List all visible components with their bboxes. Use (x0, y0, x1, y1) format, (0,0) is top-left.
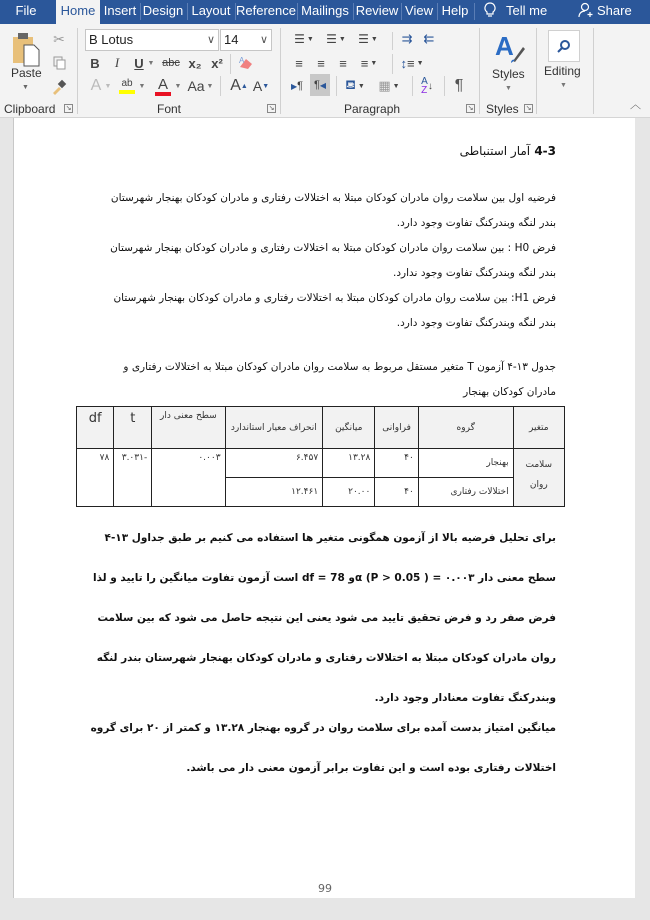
share-label: Share (597, 3, 632, 18)
header-group: گروه (418, 407, 513, 449)
share-button[interactable]: Share (578, 0, 632, 24)
underline-dropdown-icon[interactable]: ▼ (146, 54, 156, 72)
decrease-indent-icon[interactable]: ⇇ (420, 30, 438, 48)
tab-mailings[interactable]: Mailings (298, 0, 352, 24)
grow-font-glyph: A (230, 77, 241, 95)
justify-icon: ≡ (361, 56, 369, 71)
align-center-icon[interactable]: ≡ (312, 54, 330, 72)
mean-cell: ۲۰.۰۰ (323, 478, 375, 507)
grow-font-button[interactable]: A▲ (230, 76, 248, 96)
chevron-down-icon: ∨ (260, 30, 268, 50)
editing-dropdown-icon[interactable]: ▼ (560, 82, 567, 89)
subscript-button[interactable]: x₂ (186, 54, 204, 72)
header-frequency: فراوانی (375, 407, 418, 449)
shading-button[interactable]: ⛾▼ (340, 76, 370, 96)
styles-dropdown-icon[interactable]: ▼ (505, 85, 512, 92)
line-spacing-button[interactable]: ↕≡▼ (398, 54, 426, 72)
analysis-paragraph: برای تحلیل فرضیه بالا از آزمون همگونی مت… (80, 518, 556, 718)
table-row: سلامت روان بهنجار ۴۰ ۱۳.۲۸ ۶.۴۵۷ ۰.۰۰۳ -… (77, 449, 565, 478)
bullets-icon: ☰ (294, 32, 305, 46)
multilevel-list-icon: ☰ (358, 32, 369, 46)
tell-me-search[interactable]: Tell me (484, 0, 547, 24)
show-formatting-marks-icon[interactable]: ¶ (450, 76, 468, 96)
t-cell: -۳.۰۳۱ (114, 449, 152, 507)
tab-help[interactable]: Help (438, 0, 472, 24)
document-page[interactable]: 4-3 آمار استنباطی فرضیه اول بین سلامت رو… (13, 118, 635, 898)
bullets-button[interactable]: ☰▼ (290, 30, 318, 48)
numbering-icon: ☰ (326, 32, 337, 46)
paste-label: Paste (11, 66, 42, 80)
italic-button[interactable]: I (110, 54, 124, 72)
justify-button[interactable]: ≡▼ (356, 54, 382, 72)
section-number: 4-3 (534, 144, 556, 158)
numbering-button[interactable]: ☰▼ (322, 30, 350, 48)
header-df: df (77, 407, 114, 449)
borders-icon: ▦ (378, 78, 390, 94)
tab-layout[interactable]: Layout (188, 0, 234, 24)
find-magnifier-icon[interactable] (548, 30, 580, 62)
rtl-direction-icon[interactable]: ¶◀ (310, 74, 330, 96)
tab-home[interactable]: Home (56, 0, 100, 24)
clipboard-paste-icon (11, 31, 41, 67)
conclusion-paragraph: میانگین امتیاز بدست آمده برای سلامت روان… (80, 708, 556, 788)
editing-button-label[interactable]: Editing (544, 64, 581, 78)
table-caption: جدول ۱۳-۴ آزمون T متغیر مستقل مربوط به س… (94, 355, 556, 405)
group-cell: بهنجار (418, 449, 513, 478)
superscript-button[interactable]: x² (208, 54, 226, 72)
h0-paragraph: فرض H0 : بین سلامت روان مادران کودکان مب… (94, 236, 556, 286)
mean-cell: ۱۳.۲۸ (323, 449, 375, 478)
tab-file[interactable]: File (6, 0, 46, 24)
text-effects-dropdown-icon[interactable]: ▼ (104, 78, 112, 94)
change-case-dropdown-icon[interactable]: ▼ (206, 78, 214, 94)
section-heading: 4-3 آمار استنباطی (74, 144, 556, 158)
variable-cell: سلامت روان (513, 449, 564, 507)
page-number: 99 (14, 882, 636, 895)
ribbon-tab-bar: File Home Insert Design Layout Reference… (0, 0, 650, 24)
highlight-dropdown-icon[interactable]: ▼ (138, 78, 146, 94)
svg-text:A: A (239, 56, 245, 65)
group-cell: اختلالات رفتاری (418, 478, 513, 507)
frequency-cell: ۴۰ (375, 478, 418, 507)
df-cell: ۷۸ (77, 449, 114, 507)
align-left-icon[interactable]: ≡ (290, 54, 308, 72)
text-effects-button[interactable]: A (88, 76, 104, 96)
tab-references[interactable]: References (236, 0, 296, 24)
paint-bucket-icon: ⛾ (345, 77, 356, 95)
tab-design[interactable]: Design (141, 0, 185, 24)
font-color-button[interactable]: A (154, 76, 172, 96)
tab-insert[interactable]: Insert (101, 0, 139, 24)
clipboard-launcher-icon[interactable]: ↘ (64, 104, 73, 113)
bold-button[interactable]: B (88, 54, 102, 72)
sort-icon[interactable]: AZ↓ (416, 76, 438, 96)
increase-indent-icon[interactable]: ⇉ (398, 30, 416, 48)
styles-launcher-icon[interactable]: ↘ (524, 104, 533, 113)
shrink-font-glyph: A (253, 78, 262, 94)
clipboard-group-label: Clipboard (4, 102, 55, 116)
header-std-dev: انحراف معیار استاندارد (225, 407, 323, 449)
font-size-select[interactable]: 14 ∨ (220, 29, 272, 51)
highlight-glyph: ab (121, 78, 132, 90)
paste-dropdown-icon[interactable]: ▼ (22, 84, 29, 91)
paste-button[interactable] (8, 30, 44, 68)
header-mean: میانگین (323, 407, 375, 449)
font-color-glyph: A (158, 77, 168, 92)
font-color-bar (155, 92, 171, 96)
styles-button-label[interactable]: Styles (492, 67, 525, 81)
font-color-dropdown-icon[interactable]: ▼ (174, 78, 182, 94)
svg-text:A: A (495, 31, 514, 61)
paragraph-group-label: Paragraph (344, 102, 400, 116)
borders-button[interactable]: ▦▼ (374, 76, 404, 96)
std-dev-cell: ۶.۴۵۷ (225, 449, 323, 478)
multilevel-list-button[interactable]: ☰▼ (354, 30, 382, 48)
shrink-font-button[interactable]: A▼ (252, 76, 270, 96)
paragraph-launcher-icon[interactable]: ↘ (466, 104, 475, 113)
header-variable: متغیر (513, 407, 564, 449)
tab-view[interactable]: View (402, 0, 436, 24)
cut-icon[interactable]: ✂ (50, 30, 68, 48)
lightbulb-icon (484, 2, 496, 18)
significance-cell: ۰.۰۰۳ (152, 449, 225, 507)
ltr-direction-icon[interactable]: ▶¶ (288, 76, 306, 96)
tab-review[interactable]: Review (354, 0, 400, 24)
clear-formatting-icon[interactable]: A (236, 54, 256, 72)
font-name-select[interactable]: B Lotus ∨ (85, 29, 219, 51)
frequency-cell: ۴۰ (375, 449, 418, 478)
highlight-color-bar (119, 90, 135, 94)
h1-paragraph: فرض H1: بین سلامت روان مادران کودکان مبت… (94, 286, 556, 336)
hypothesis-1-paragraph: فرضیه اول بین سلامت روان مادران کودکان م… (94, 186, 556, 236)
std-dev-cell: ۱۲.۴۶۱ (225, 478, 323, 507)
tell-me-label: Tell me (506, 3, 547, 18)
table-header-row: متغیر گروه فراوانی میانگین انحراف معیار … (77, 407, 565, 449)
ribbon-home: Paste ▼ ✂ Clipboard ↘ B Lotus ∨ 14 ∨ B I… (0, 24, 650, 118)
underline-button[interactable]: U (132, 54, 146, 72)
change-case-button[interactable]: Aa (186, 76, 206, 96)
format-painter-icon[interactable] (50, 78, 68, 96)
font-size-value: 14 (224, 32, 238, 47)
styles-group-label: Styles (486, 102, 519, 116)
copy-icon[interactable] (50, 54, 68, 72)
share-person-icon (578, 2, 594, 18)
chevron-down-icon: ∨ (207, 30, 215, 50)
section-title: آمار استنباطی (460, 144, 531, 158)
highlight-button[interactable]: ab (118, 76, 136, 96)
align-right-icon[interactable]: ≡ (334, 54, 352, 72)
header-significance: سطح معنی دار (152, 407, 225, 449)
strikethrough-button[interactable]: abc (160, 54, 182, 72)
header-t: t (114, 407, 152, 449)
t-test-table: متغیر گروه فراوانی میانگین انحراف معیار … (76, 406, 565, 507)
font-group-label: Font (157, 102, 181, 116)
font-launcher-icon[interactable]: ↘ (267, 104, 276, 113)
collapse-ribbon-icon[interactable]: ︿ (630, 96, 641, 112)
line-spacing-icon: ↕ (400, 56, 407, 71)
styles-gallery-icon[interactable]: A (490, 30, 530, 66)
font-name-value: B Lotus (89, 32, 133, 47)
